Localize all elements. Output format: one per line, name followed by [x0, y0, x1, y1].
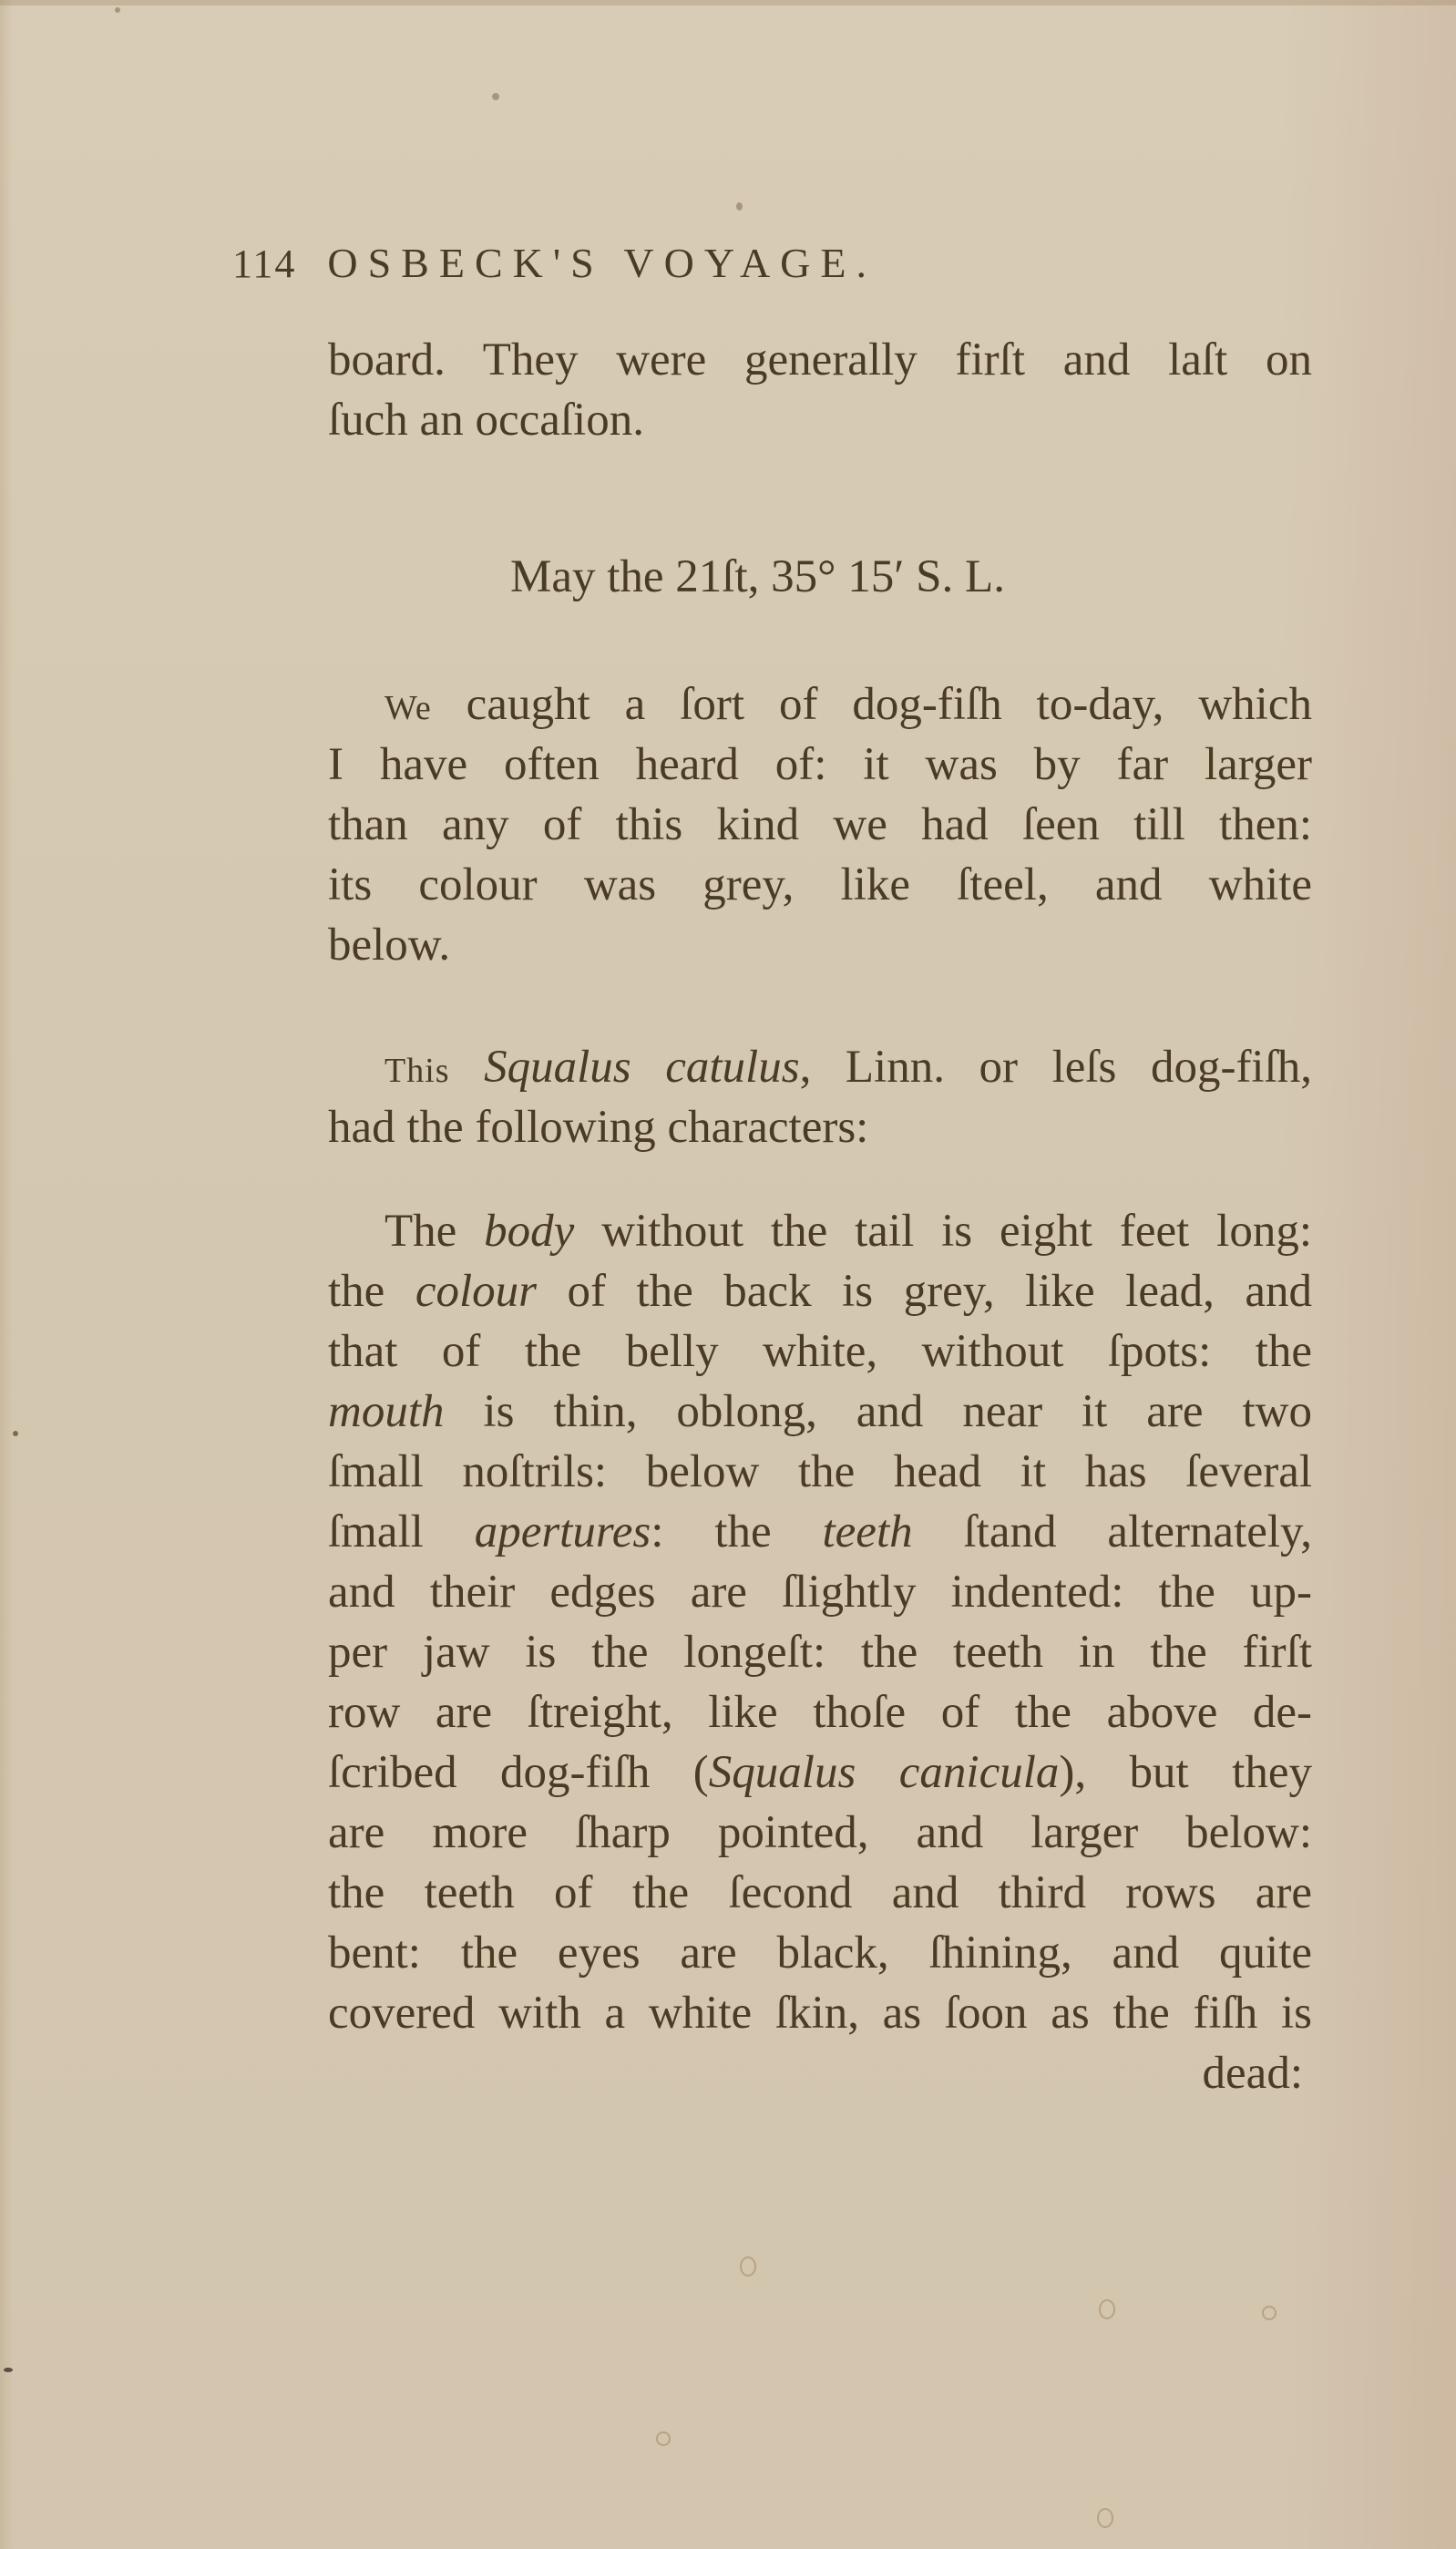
paper-stain [1097, 2508, 1113, 2528]
paper-speck [736, 202, 743, 211]
page-top-edge [0, 0, 1456, 5]
text-run: ſmall [328, 1506, 475, 1557]
text-line: ſuch an occaſion. [328, 390, 1312, 450]
text-line: ſmall apertures: the teeth ſtand alterna… [328, 1502, 1312, 1562]
text-run: , Linn. or leſs dog-fiſh, [800, 1042, 1312, 1093]
italic-term: body [484, 1206, 574, 1257]
text-line: than any of this kind we had ſeen till t… [328, 795, 1312, 855]
text-run: ſtand alternately, [913, 1506, 1312, 1557]
text-line: its colour was grey, like ſteel, and whi… [328, 855, 1312, 915]
catchword-block: dead: [328, 2043, 1312, 2103]
paragraph-dogfish-catch: We caught a ſort of dog-fiſh to-day, whi… [328, 674, 1312, 975]
small-caps-lead: We [385, 689, 432, 727]
paper-stain [1099, 2299, 1115, 2319]
text-run: caught a ſort of dog-fiſh to-day, which [432, 679, 1312, 730]
text-line: per jaw is the longeſt: the teeth in the… [328, 1622, 1312, 1682]
species-name: Squalus catulus [484, 1042, 799, 1093]
paper-speck [492, 93, 499, 100]
text-line: covered with a white ſkin, as ſoon as th… [328, 1983, 1312, 2043]
text-run: and their edges are ſlightly indented: t… [328, 1567, 1312, 1618]
italic-term: Squalus canicula [709, 1747, 1060, 1798]
paragraph-continuation: board. They were generally firſt and laſ… [328, 330, 1312, 450]
dateline-heading: May the 21ſt, 35° 15′ S. L. [510, 547, 1005, 607]
text-run: : the [651, 1506, 822, 1557]
text-line: This Squalus catulus, Linn. or leſs dog-… [328, 1037, 1312, 1097]
text-line: are more ſharp pointed, and larger below… [328, 1803, 1312, 1863]
text-run: The [385, 1206, 484, 1257]
text-run: covered with a white ſkin, as ſoon as th… [328, 1988, 1312, 2039]
paper-stain [740, 2256, 756, 2277]
text-run: without the tail is eight feet long: [574, 1206, 1312, 1257]
running-head: 114 OSBECK'S VOYAGE. [232, 239, 1235, 303]
italic-term: colour [415, 1266, 537, 1317]
paragraph-species-intro: This Squalus catulus, Linn. or leſs dog-… [328, 1037, 1312, 1157]
page-number: 114 [232, 242, 296, 286]
text-line: bent: the eyes are black, ſhining, and q… [328, 1923, 1312, 1983]
book-page: 114 OSBECK'S VOYAGE. board. They were ge… [0, 0, 1456, 2549]
text-run: the [328, 1266, 415, 1317]
text-line: mouth is thin, oblong, and near it are t… [328, 1382, 1312, 1442]
text-run: bent: the eyes are black, ſhining, and q… [328, 1927, 1312, 1979]
text-run: ), but they [1059, 1747, 1312, 1798]
text-run: per jaw is the longeſt: the teeth in the… [328, 1627, 1312, 1678]
text-line: and their edges are ſlightly indented: t… [328, 1562, 1312, 1622]
paper-stain [1262, 2306, 1277, 2320]
paper-speck [13, 1431, 18, 1436]
text-line: row are ſtreight, like thoſe of the abov… [328, 1682, 1312, 1742]
text-line: below. [328, 915, 1312, 975]
text-line: ſcribed dog-fiſh (Squalus canicula), but… [328, 1742, 1312, 1803]
text-line: I have often heard of: it was by far lar… [328, 735, 1312, 795]
paper-speck [115, 7, 120, 13]
text-run: that of the belly white, without ſpots: … [328, 1326, 1312, 1377]
running-title: OSBECK'S VOYAGE. [327, 240, 877, 286]
text-run: ſcribed dog-fiſh ( [328, 1747, 709, 1798]
text-line: We caught a ſort of dog-fiſh to-day, whi… [328, 674, 1312, 735]
italic-term: mouth [328, 1386, 445, 1437]
italic-term: teeth [823, 1506, 913, 1557]
text-line: board. They were generally firſt and laſ… [328, 330, 1312, 390]
text-line: that of the belly white, without ſpots: … [328, 1321, 1312, 1382]
text-run: of the back is grey, like lead, and [537, 1266, 1312, 1317]
small-caps-lead: This [385, 1052, 450, 1090]
italic-term: apertures [475, 1506, 651, 1557]
paper-stain [656, 2431, 671, 2446]
catchword: dead: [328, 2043, 1312, 2103]
paragraph-description: The body without the tail is eight feet … [328, 1201, 1312, 2043]
text-run: are more ſharp pointed, and larger below… [328, 1807, 1312, 1858]
text-line: the colour of the back is grey, like lea… [328, 1261, 1312, 1321]
text-run: ſmall noſtrils: below the head it has ſe… [328, 1446, 1312, 1497]
text-line: had the following characters: [328, 1097, 1312, 1157]
text-line: The body without the tail is eight feet … [328, 1201, 1312, 1261]
paper-speck [4, 2368, 13, 2372]
text-line: the teeth of the ſecond and third rows a… [328, 1863, 1312, 1923]
text-run: the teeth of the ſecond and third rows a… [328, 1867, 1312, 1918]
text-run: is thin, oblong, and near it are two [445, 1386, 1313, 1437]
text-line: ſmall noſtrils: below the head it has ſe… [328, 1442, 1312, 1502]
text-run: row are ſtreight, like thoſe of the abov… [328, 1687, 1312, 1738]
